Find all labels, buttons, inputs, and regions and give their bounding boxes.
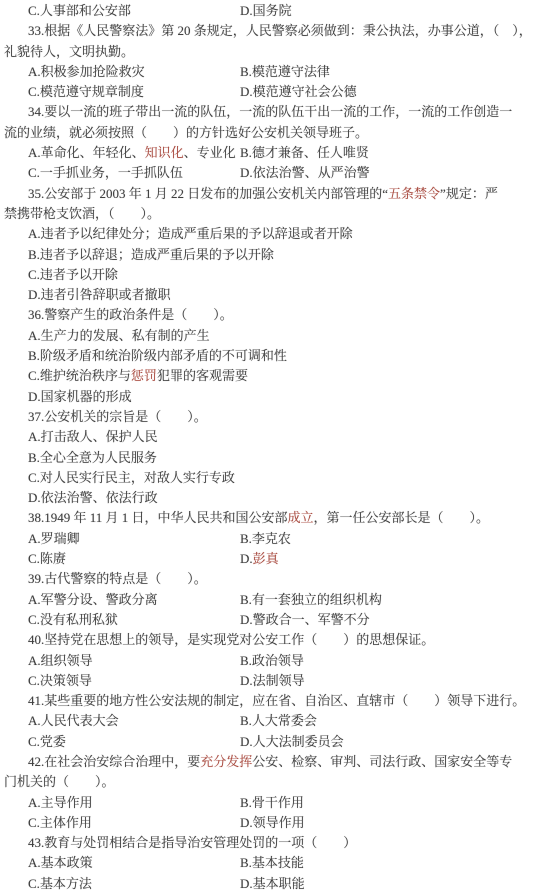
- text-segment: B.阶级矛盾和统治阶级内部矛盾的不可调和性: [28, 348, 287, 363]
- text-segment: B.骨干作用: [240, 795, 304, 810]
- text-segment: 33.根据《人民警察法》第 20 条规定，人民警察必须做到：秉公执法，办事公道，…: [28, 23, 532, 38]
- text-segment: 34.要以一流的班子带出一流的队伍，一流的队伍干出一流的工作，一流的工作创造一: [28, 104, 512, 119]
- text-segment: D.依法治警、依法行政: [28, 490, 158, 505]
- text-line: C.党委D.人大法制委员会: [4, 732, 538, 752]
- text-segment: C.对人民实行民主，对敌人实行专政: [28, 470, 235, 485]
- text-segment: C.违者予以开除: [28, 267, 118, 282]
- text-segment: A.组织领导: [28, 653, 93, 668]
- text-line: 36.警察产生的政治条件是（ ）。: [4, 305, 538, 325]
- red-tinted-text: 惩罚: [131, 368, 157, 383]
- text-segment: B.政治领导: [240, 653, 304, 668]
- text-segment: A.打击敌人、保护人民: [28, 429, 158, 444]
- text-segment: B.基本技能: [240, 855, 304, 870]
- option-column-left: A.军警分设、警政分离: [28, 590, 240, 610]
- text-line: 33.根据《人民警察法》第 20 条规定，人民警察必须做到：秉公执法，办事公道，…: [4, 21, 538, 41]
- option-column-left: C.决策领导: [28, 671, 240, 691]
- text-segment: D.警政合一、军警不分: [240, 612, 370, 627]
- text-segment: B.德才兼备、任人唯贤: [240, 145, 369, 160]
- text-line: A.罗瑞卿B.李克农: [4, 529, 538, 549]
- text-line: D.国家机器的形成: [4, 387, 538, 407]
- red-tinted-text: 彭真: [253, 551, 279, 566]
- option-column-left: A.人民代表大会: [28, 711, 240, 731]
- text-line: A.违者予以纪律处分；造成严重后果的予以辞退或者开除: [4, 224, 538, 244]
- text-segment: 43.教育与处罚相结合是指导治安管理处罚的一项（ ）: [28, 835, 356, 850]
- text-segment: B.李克农: [240, 531, 291, 546]
- text-segment: D.: [240, 551, 253, 566]
- red-tinted-text: 充分发挥: [200, 754, 252, 769]
- option-column-left: C.党委: [28, 732, 240, 752]
- text-line: A.打击敌人、保护人民: [4, 427, 538, 447]
- text-line: A.基本政策B.基本技能: [4, 853, 538, 873]
- text-segment: C.模范遵守规章制度: [28, 84, 144, 99]
- option-column-left: C.模范遵守规章制度: [28, 82, 240, 102]
- text-segment: 礼貌待人，文明执勤。: [4, 44, 134, 59]
- text-line: 35.公安部于 2003 年 1 月 22 日发布的加强公安机关内部管理的“五条…: [4, 184, 538, 204]
- option-column-left: C.没有私刑私狱: [28, 610, 240, 630]
- text-segment: 犯罪的客观需要: [157, 368, 248, 383]
- text-segment: B.模范遵守法律: [240, 64, 330, 79]
- option-column-left: C.一手抓业务，一手抓队伍: [28, 163, 240, 183]
- text-segment: B.有一套独立的组织机构: [240, 592, 382, 607]
- red-tinted-text: 知识化: [145, 145, 184, 160]
- text-line: A.组织领导B.政治领导: [4, 651, 538, 671]
- text-segment: 公安、检察、审判、司法行政、国家安全等专: [252, 754, 512, 769]
- text-segment: 门机关的（ ）。: [4, 774, 115, 789]
- option-column-left: A.罗瑞卿: [28, 529, 240, 549]
- text-segment: A.主导作用: [28, 795, 93, 810]
- text-line: B.违者予以辞退；造成严重后果的予以开除: [4, 245, 538, 265]
- text-segment: A.罗瑞卿: [28, 531, 80, 546]
- text-segment: A.生产力的发展、私有制的产生: [28, 328, 210, 343]
- text-line: C.人事部和公安部D.国务院: [4, 1, 538, 21]
- text-line: C.一手抓业务，一手抓队伍D.依法治警、从严治警: [4, 163, 538, 183]
- text-line: 禁携带枪支饮酒，（ ）。: [4, 204, 538, 224]
- red-tinted-text: 五条禁令: [388, 186, 440, 201]
- text-segment: 39.古代警察的特点是（ ）。: [28, 571, 207, 586]
- text-line: C.陈赓D.彭真: [4, 549, 538, 569]
- option-column-left: A.组织领导: [28, 651, 240, 671]
- text-line: A.主导作用B.骨干作用: [4, 793, 538, 813]
- text-segment: B.人大常委会: [240, 713, 317, 728]
- text-line: C.违者予以开除: [4, 265, 538, 285]
- text-segment: 42.在社会治安综合治理中，要: [28, 754, 200, 769]
- text-line: A.积极参加抢险救灾B.模范遵守法律: [4, 62, 538, 82]
- text-segment: B.违者予以辞退；造成严重后果的予以开除: [28, 247, 274, 262]
- text-segment: C.一手抓业务，一手抓队伍: [28, 165, 183, 180]
- text-segment: 40.坚持党在思想上的领导，是实现党对公安工作（ ）的思想保证。: [28, 632, 434, 647]
- text-line: 43.教育与处罚相结合是指导治安管理处罚的一项（ ）: [4, 833, 538, 853]
- text-segment: D.基本职能: [240, 876, 305, 891]
- text-line: 37.公安机关的宗旨是（ ）。: [4, 407, 538, 427]
- text-segment: D.领导作用: [240, 815, 305, 830]
- text-segment: 禁携带枪支饮酒，（ ）。: [4, 206, 160, 221]
- option-column-left: C.主体作用: [28, 813, 240, 833]
- text-segment: C.主体作用: [28, 815, 92, 830]
- text-line: A.革命化、年轻化、知识化、专业化B.德才兼备、任人唯贤: [4, 143, 538, 163]
- text-segment: 、专业化: [184, 145, 236, 160]
- text-segment: D.国家机器的形成: [28, 389, 132, 404]
- text-segment: ，第一任公安部长是（ ）。: [314, 510, 490, 525]
- text-line: A.人民代表大会B.人大常委会: [4, 711, 538, 731]
- text-segment: D.国务院: [240, 3, 292, 18]
- text-segment: D.模范遵守社会公德: [240, 84, 357, 99]
- text-segment: A.违者予以纪律处分；造成严重后果的予以辞退或者开除: [28, 226, 353, 241]
- option-column-left: A.革命化、年轻化、知识化、专业化: [28, 143, 240, 163]
- option-column-left: C.人事部和公安部: [28, 1, 240, 21]
- text-line: B.阶级矛盾和统治阶级内部矛盾的不可调和性: [4, 346, 538, 366]
- option-column-left: A.主导作用: [28, 793, 240, 813]
- text-segment: ”规定：严: [440, 186, 498, 201]
- text-line: C.维护统治秩序与惩罚犯罪的客观需要: [4, 366, 538, 386]
- text-segment: C.基本方法: [28, 876, 92, 891]
- text-line: C.基本方法D.基本职能: [4, 874, 538, 894]
- text-segment: 38.1949 年 11 月 1 日，中华人民共和国公安部: [28, 510, 288, 525]
- option-column-left: C.基本方法: [28, 874, 240, 894]
- exam-page: C.人事部和公安部D.国务院33.根据《人民警察法》第 20 条规定，人民警察必…: [0, 0, 542, 894]
- text-line: 门机关的（ ）。: [4, 772, 538, 792]
- text-line: D.违者引咎辞职或者撤职: [4, 285, 538, 305]
- text-line: B.全心全意为人民服务: [4, 448, 538, 468]
- text-segment: D.违者引咎辞职或者撤职: [28, 287, 171, 302]
- text-segment: C.没有私刑私狱: [28, 612, 118, 627]
- text-line: 40.坚持党在思想上的领导，是实现党对公安工作（ ）的思想保证。: [4, 630, 538, 650]
- text-line: 39.古代警察的特点是（ ）。: [4, 569, 538, 589]
- text-segment: 36.警察产生的政治条件是（ ）。: [28, 307, 233, 322]
- text-segment: A.人民代表大会: [28, 713, 119, 728]
- text-segment: B.全心全意为人民服务: [28, 450, 157, 465]
- option-column-left: A.基本政策: [28, 853, 240, 873]
- text-segment: C.党委: [28, 734, 66, 749]
- text-line: 38.1949 年 11 月 1 日，中华人民共和国公安部成立，第一任公安部长是…: [4, 508, 538, 528]
- text-segment: C.人事部和公安部: [28, 3, 131, 18]
- text-segment: 流的业绩，就必须按照（ ）的方针选好公安机关领导班子。: [4, 125, 368, 140]
- text-segment: D.人大法制委员会: [240, 734, 344, 749]
- text-line: A.军警分设、警政分离B.有一套独立的组织机构: [4, 590, 538, 610]
- text-line: 41.某些重要的地方性公安法规的制定，应在省、自治区、直辖市（ ）领导下进行。: [4, 691, 538, 711]
- text-segment: C.维护统治秩序与: [28, 368, 131, 383]
- text-line: 礼貌待人，文明执勤。: [4, 42, 538, 62]
- text-segment: 37.公安机关的宗旨是（ ）。: [28, 409, 207, 424]
- text-segment: D.法制领导: [240, 673, 305, 688]
- text-segment: C.陈赓: [28, 551, 66, 566]
- text-line: C.对人民实行民主，对敌人实行专政: [4, 468, 538, 488]
- option-column-left: C.陈赓: [28, 549, 240, 569]
- red-tinted-text: 成立: [288, 510, 314, 525]
- text-segment: D.依法治警、从严治警: [240, 165, 370, 180]
- text-segment: A.军警分设、警政分离: [28, 592, 158, 607]
- option-column-left: A.积极参加抢险救灾: [28, 62, 240, 82]
- text-line: 42.在社会治安综合治理中，要充分发挥公安、检察、审判、司法行政、国家安全等专: [4, 752, 538, 772]
- text-line: C.模范遵守规章制度D.模范遵守社会公德: [4, 82, 538, 102]
- text-line: C.没有私刑私狱D.警政合一、军警不分: [4, 610, 538, 630]
- text-segment: A.基本政策: [28, 855, 93, 870]
- text-segment: A.积极参加抢险救灾: [28, 64, 145, 79]
- text-segment: C.决策领导: [28, 673, 92, 688]
- text-line: C.主体作用D.领导作用: [4, 813, 538, 833]
- text-line: 流的业绩，就必须按照（ ）的方针选好公安机关领导班子。: [4, 123, 538, 143]
- text-segment: 35.公安部于 2003 年 1 月 22 日发布的加强公安机关内部管理的“: [28, 186, 388, 201]
- text-line: 34.要以一流的班子带出一流的队伍，一流的队伍干出一流的工作，一流的工作创造一: [4, 102, 538, 122]
- text-line: C.决策领导D.法制领导: [4, 671, 538, 691]
- text-line: A.生产力的发展、私有制的产生: [4, 326, 538, 346]
- text-line: D.依法治警、依法行政: [4, 488, 538, 508]
- text-segment: 41.某些重要的地方性公安法规的制定，应在省、自治区、直辖市（ ）领导下进行。: [28, 693, 525, 708]
- text-segment: A.革命化、年轻化、: [28, 145, 145, 160]
